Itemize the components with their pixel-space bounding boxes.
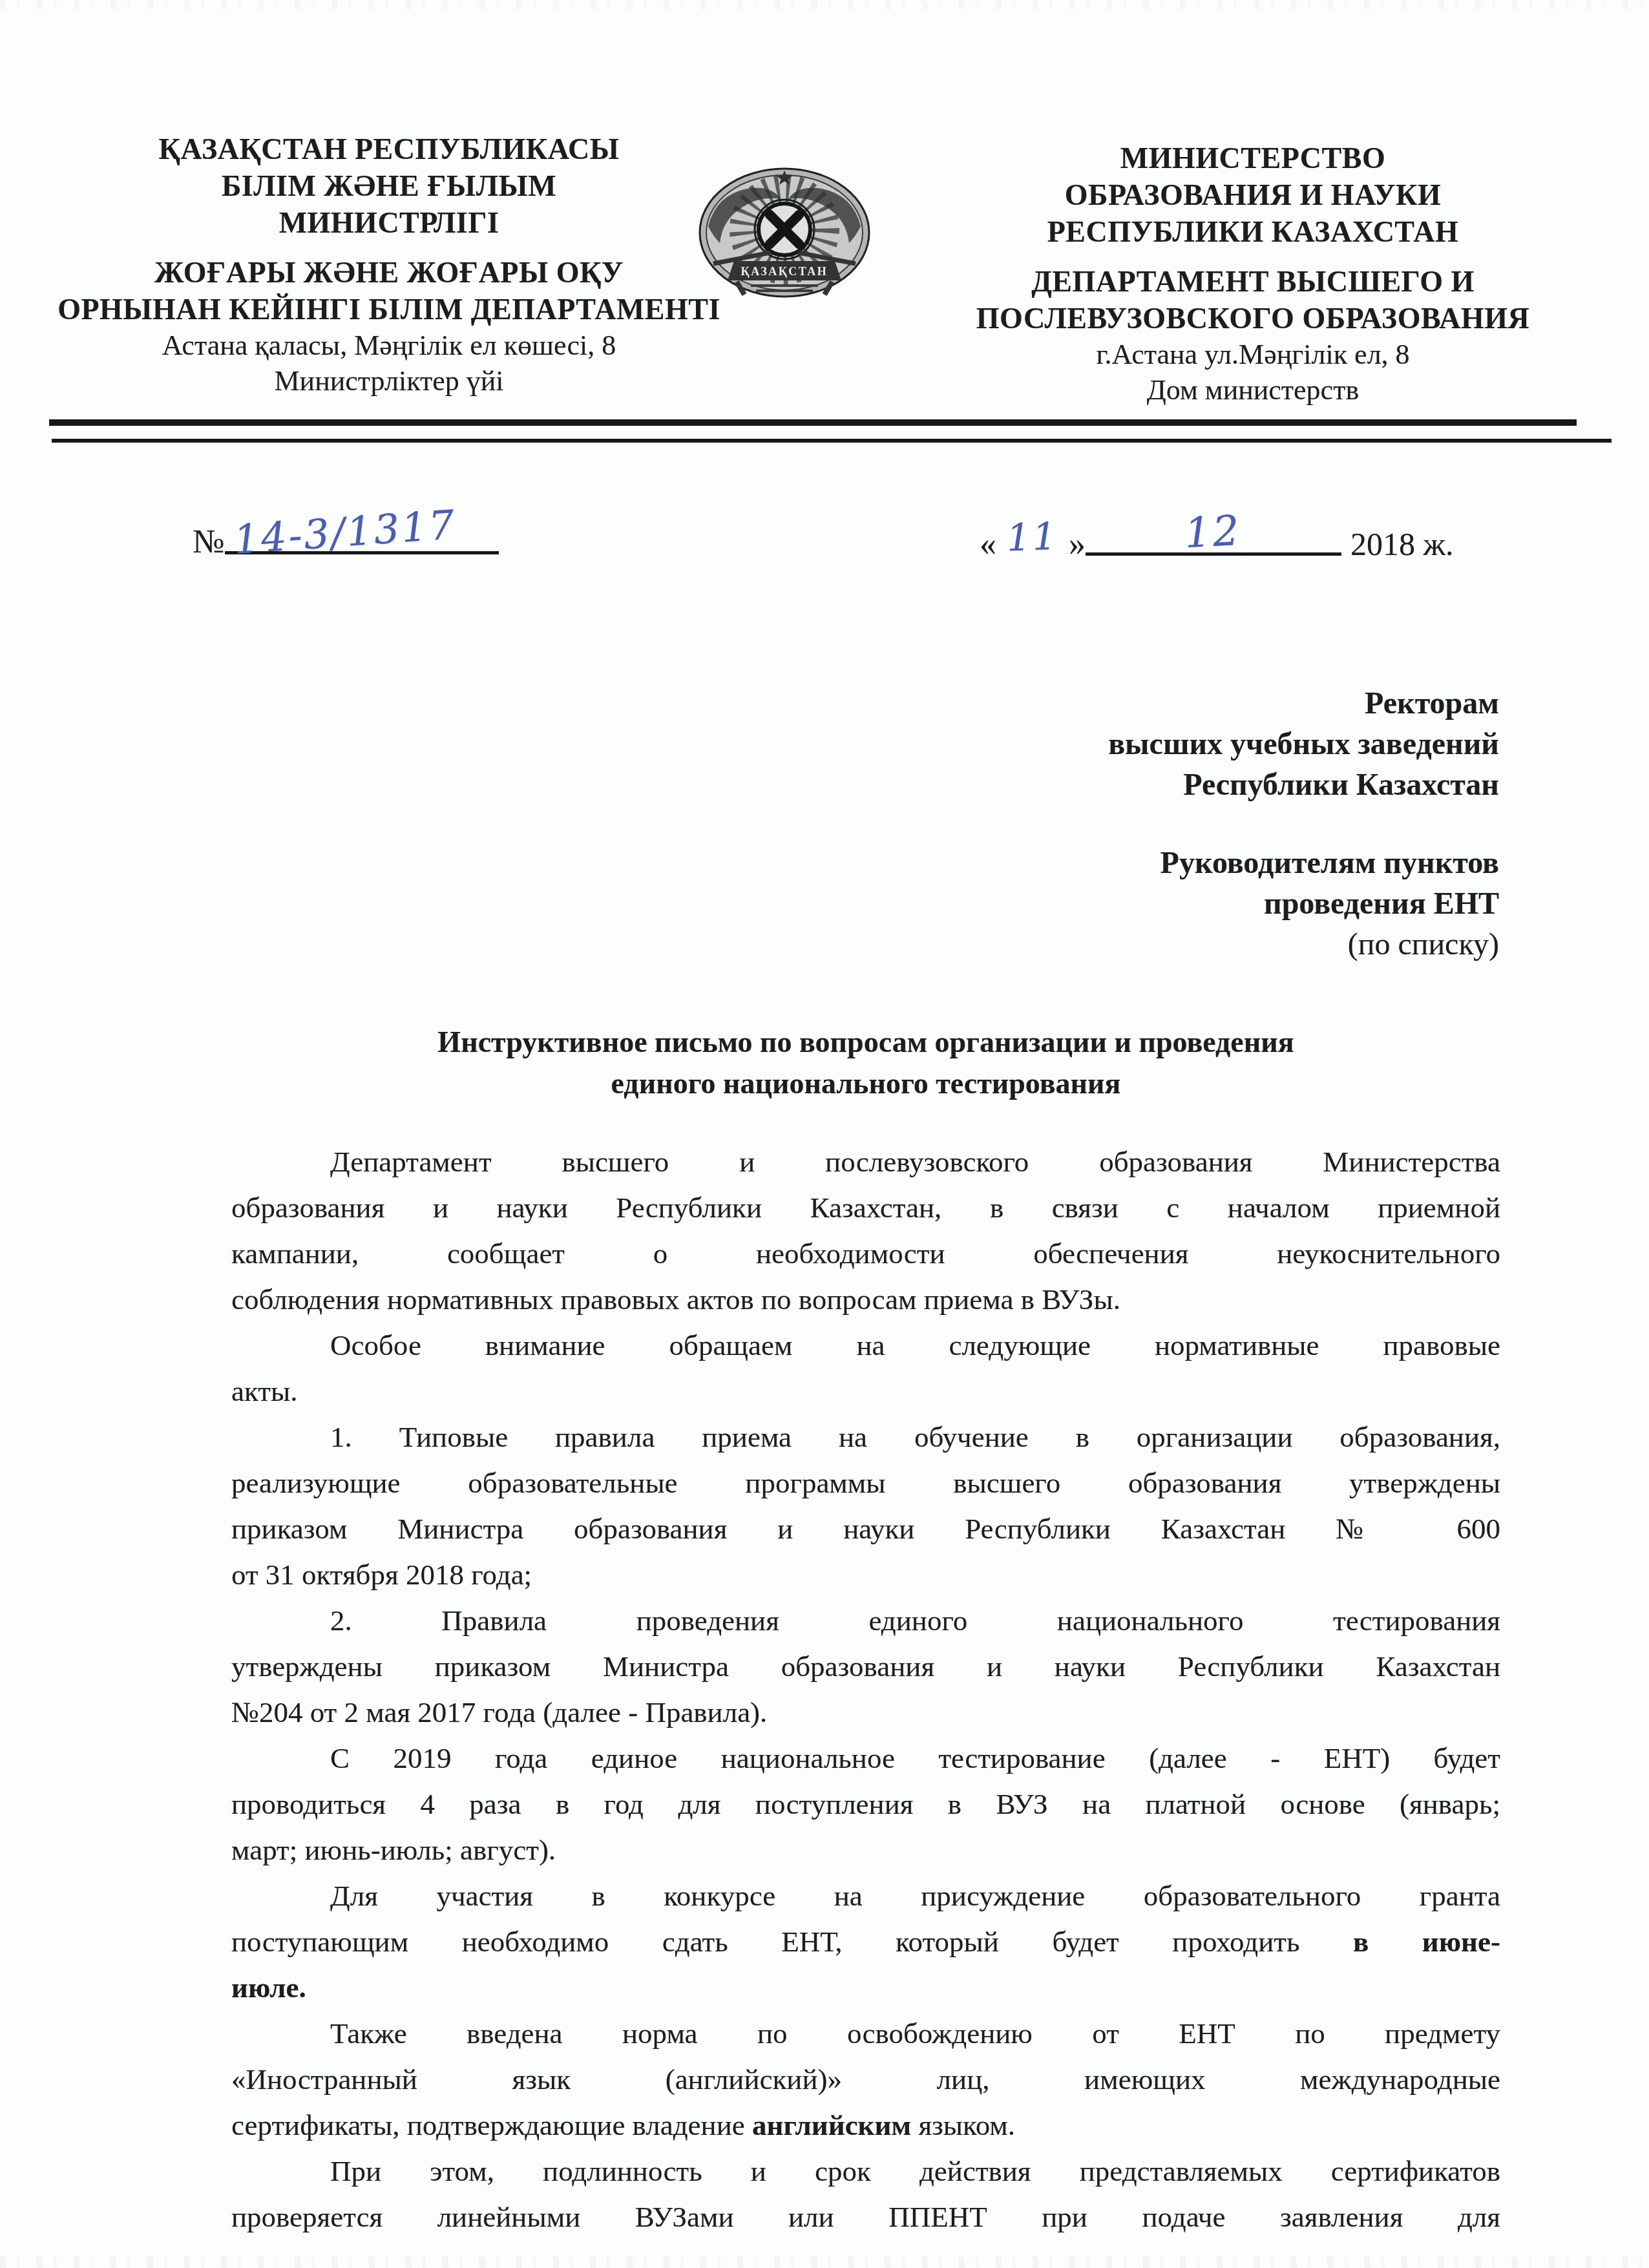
paragraph: Также введена норма по освобождению от Е… <box>231 2011 1500 2148</box>
body-line: поступающим необходимо сдать ЕНТ, которы… <box>231 1919 1500 1965</box>
body-line: Департамент высшего и послевузовского об… <box>231 1139 1500 1185</box>
body-line: №204 от 2 мая 2017 года (далее - Правила… <box>231 1690 1500 1736</box>
scan-edge-artifact-bottom <box>0 2256 1649 2268</box>
title-line: Инструктивное письмо по вопросам организ… <box>231 1022 1500 1063</box>
paragraph: 1. Типовые правила приема на обучение в … <box>231 1414 1500 1598</box>
body-line: образования и науки Республики Казахстан… <box>231 1185 1500 1231</box>
date-quote-close: » <box>1069 526 1086 563</box>
body-line: проводиться 4 раза в год для поступления… <box>231 1781 1500 1827</box>
department-name-ru-line: ДЕПАРТАМЕНТ ВЫСШЕГО И <box>920 263 1586 300</box>
body-line: «Иностранный язык (английский)» лиц, име… <box>231 2057 1500 2103</box>
ministry-name-ru-line: МИНИСТЕРСТВО <box>920 140 1586 176</box>
body-line: При этом, подлинность и срок действия пр… <box>231 2148 1500 2194</box>
body-line: С 2019 года единое национальное тестиров… <box>231 1736 1500 1781</box>
numero-sign: № <box>193 523 225 560</box>
body-line: соблюдения нормативных правовых актов по… <box>231 1277 1500 1323</box>
addressee-block: Ректорам высших учебных заведений Респуб… <box>0 683 1499 965</box>
address-kk-line: Астана қаласы, Мәңгілік ел көшесі, 8 <box>27 328 751 363</box>
paragraph: При этом, подлинность и срок действия пр… <box>231 2148 1500 2240</box>
body-line: приказом Министра образования и науки Ре… <box>231 1506 1500 1552</box>
date-day-handwritten: 11 <box>996 514 1069 560</box>
letter-title: Инструктивное письмо по вопросам организ… <box>231 1022 1500 1104</box>
body-line: Для участия в конкурсе на присуждение об… <box>231 1873 1500 1919</box>
paragraph: Для участия в конкурсе на присуждение об… <box>231 1873 1500 2011</box>
header-separator-thick <box>49 419 1577 426</box>
kazakhstan-emblem-icon: ҚАЗАҚСТАН <box>697 167 872 305</box>
ministry-name-ru-line: РЕСПУБЛИКИ КАЗАХСТАН <box>920 213 1586 250</box>
date-quote-open: « <box>980 526 996 563</box>
addressee-line: (по списку) <box>0 924 1499 965</box>
paragraph: Департамент высшего и послевузовского об… <box>231 1139 1500 1323</box>
addressee-line: высших учебных заведений <box>0 724 1499 764</box>
ref-number-handwritten: 14-3/1317 <box>232 501 457 563</box>
letterhead-right: МИНИСТЕРСТВО ОБРАЗОВАНИЯ И НАУКИ РЕСПУБЛ… <box>920 140 1586 408</box>
body-line: сертификаты, подтверждающие владение анг… <box>231 2103 1500 2148</box>
addressee-line: Руководителям пунктов <box>0 843 1499 883</box>
paragraph: С 2019 года единое национальное тестиров… <box>231 1736 1500 1873</box>
department-name-ru-line: ПОСЛЕВУЗОВСКОГО ОБРАЗОВАНИЯ <box>920 300 1586 337</box>
paragraph: 2. Правила проведения единого национальн… <box>231 1598 1500 1736</box>
header-separator-thin <box>52 439 1612 443</box>
svg-text:ҚАЗАҚСТАН: ҚАЗАҚСТАН <box>741 265 828 278</box>
body-line: Особое внимание обращаем на следующие но… <box>231 1323 1500 1369</box>
body-line: реализующие образовательные программы вы… <box>231 1460 1500 1506</box>
ref-date: «11»122018 ж. <box>980 518 1454 564</box>
reference-row: №14-3/1317 «11»122018 ж. <box>0 512 1649 593</box>
ref-number: №14-3/1317 <box>193 515 499 561</box>
addressee-line: проведения ЕНТ <box>0 883 1499 924</box>
body-line: 2. Правила проведения единого национальн… <box>231 1598 1500 1644</box>
body-line: 1. Типовые правила приема на обучение в … <box>231 1414 1500 1460</box>
letter-body: Департамент высшего и послевузовского об… <box>231 1139 1500 2240</box>
body-line: утверждены приказом Министра образования… <box>231 1644 1500 1690</box>
addressee-line: Республики Казахстан <box>0 764 1499 805</box>
ministry-name-kk-line: МИНИСТРЛІГІ <box>27 204 751 241</box>
scanned-letter-page: ҚАЗАҚСТАН РЕСПУБЛИКАСЫ БІЛІМ ЖӘНЕ ҒЫЛЫМ … <box>0 0 1649 2268</box>
letterhead-left: ҚАЗАҚСТАН РЕСПУБЛИКАСЫ БІЛІМ ЖӘНЕ ҒЫЛЫМ … <box>27 131 751 408</box>
address-ru-line: Дом министерств <box>920 372 1586 408</box>
date-month-underline: 12 <box>1086 518 1341 556</box>
addressee-line: Ректорам <box>0 683 1499 724</box>
body-line: от 31 октября 2018 года; <box>231 1552 1500 1598</box>
ministry-name-kk-line: БІЛІМ ЖӘНЕ ҒЫЛЫМ <box>27 167 751 204</box>
address-ru-line: г.Астана ул.Мәңгілік ел, 8 <box>920 337 1586 372</box>
address-kk-line: Министрліктер үйі <box>27 363 751 399</box>
date-month-handwritten: 12 <box>1184 507 1243 558</box>
department-name-kk-line: ОРНЫНАН КЕЙІНГІ БІЛІМ ДЕПАРТАМЕНТІ <box>27 291 751 328</box>
body-line: Также введена норма по освобождению от Е… <box>231 2011 1500 2057</box>
ref-number-underline: 14-3/1317 <box>225 515 499 554</box>
body-line: кампании, сообщает о необходимости обесп… <box>231 1231 1500 1277</box>
body-line: проверяется линейными ВУЗами или ППЕНТ п… <box>231 2194 1500 2240</box>
body-line: март; июнь-июль; август). <box>231 1827 1500 1873</box>
paragraph: Особое внимание обращаем на следующие но… <box>231 1323 1500 1414</box>
body-line: июле. <box>231 1965 1500 2011</box>
ministry-name-ru-line: ОБРАЗОВАНИЯ И НАУКИ <box>920 176 1586 213</box>
body-line: акты. <box>231 1369 1500 1414</box>
title-line: единого национального тестирования <box>231 1063 1500 1104</box>
department-name-kk-line: ЖОҒАРЫ ЖӘНЕ ЖОҒАРЫ ОҚУ <box>27 254 751 291</box>
ministry-name-kk-line: ҚАЗАҚСТАН РЕСПУБЛИКАСЫ <box>27 131 751 167</box>
date-year: 2018 ж. <box>1350 526 1454 562</box>
